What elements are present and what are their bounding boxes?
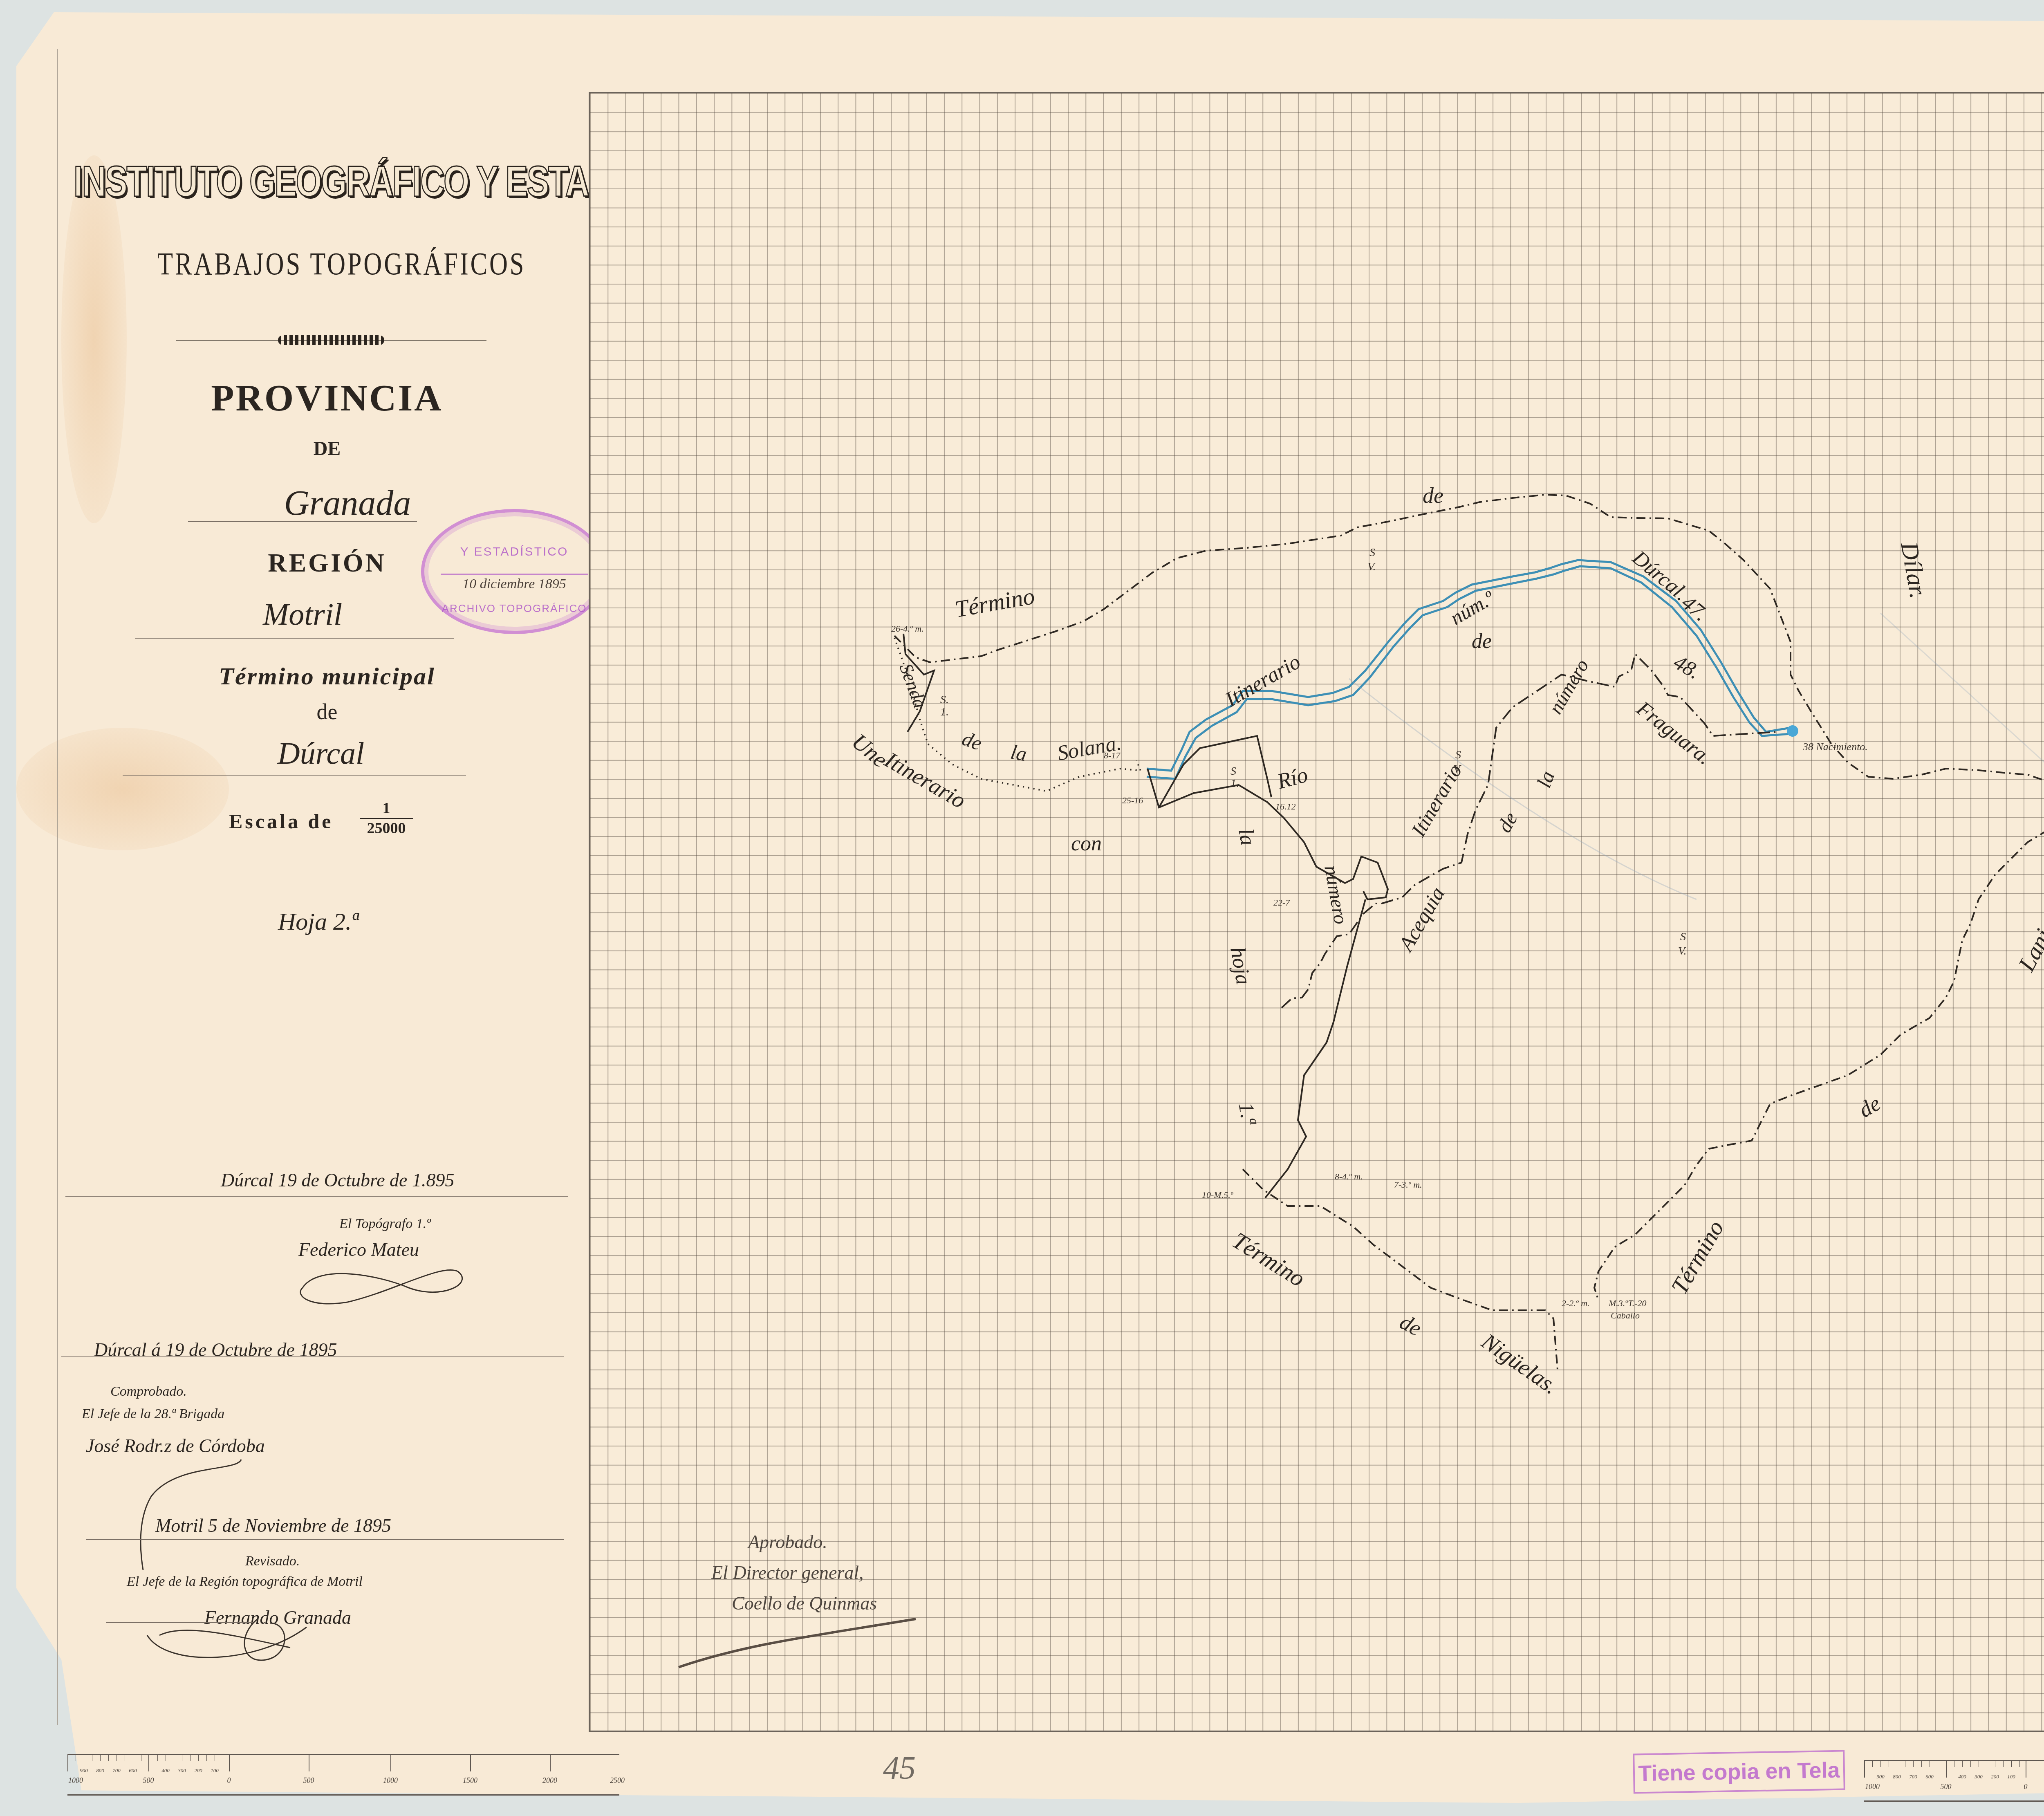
label-con: con <box>1071 832 1102 855</box>
label-8-4m: 8-4.º m. <box>1335 1171 1363 1182</box>
scale-tick-label: 1000 <box>68 1776 83 1785</box>
label-de-solana: de <box>959 727 985 755</box>
veg-mark: 1. <box>1230 777 1239 790</box>
scale-tick-label: 200 <box>1991 1773 1999 1780</box>
label-numero-58: número <box>1320 864 1351 926</box>
survey-map: Término de Dílar. Lanjarón. de Término T… <box>0 0 2044 1816</box>
scale-bar-right: 900 800 700 600 400 300 200 100 1000 500… <box>1864 1760 2044 1802</box>
scale-tick-label: 500 <box>143 1776 154 1785</box>
veg-mark: 1. <box>940 706 949 718</box>
veg-mark: S <box>1455 749 1461 761</box>
scale-tick-label: 400 <box>1958 1773 1966 1780</box>
scale-tick-label: 2500 <box>610 1776 625 1785</box>
boundary-north <box>894 495 2044 822</box>
label-22-7: 22-7 <box>1273 897 1290 908</box>
itinerary-link-sheet1 <box>1265 899 1365 1198</box>
scale-tick-label: 500 <box>303 1776 314 1785</box>
scale-tick-label: 1000 <box>383 1776 398 1785</box>
scale-tick-label: 600 <box>1925 1773 1934 1780</box>
scale-tick-label: 300 <box>1975 1773 1983 1780</box>
scale-tick-label: 800 <box>1893 1773 1901 1780</box>
scale-tick-label: 700 <box>112 1767 121 1774</box>
pencil-note: 45 <box>883 1750 916 1787</box>
label-de-river: de <box>1472 630 1492 653</box>
label-hoja: hoja <box>1226 945 1255 986</box>
label-de-acequia: de <box>1493 808 1522 836</box>
label-fraguara: Fraguara. <box>1632 697 1716 769</box>
label-caballo: Caballo <box>1611 1310 1640 1321</box>
scale-tick-label: 900 <box>1876 1773 1885 1780</box>
scale-tick-label: 200 <box>194 1767 202 1774</box>
label-7-3m: 7-3.º m. <box>1394 1179 1422 1190</box>
veg-mark: V. <box>1678 945 1687 957</box>
label-de-east: de <box>1854 1091 1885 1122</box>
label-la-hoja: la <box>1234 827 1260 847</box>
label-termino-east: Término <box>1666 1216 1729 1299</box>
label-senda: Senda <box>896 661 931 711</box>
label-dilar: Dílar. <box>1896 540 1932 601</box>
scale-tick-label: 1000 <box>1865 1782 1880 1791</box>
label-niguelas: Nigüelas. <box>1477 1328 1563 1399</box>
label-termino-north: Término <box>953 583 1037 623</box>
scale-tick-label: 400 <box>161 1767 170 1774</box>
scale-tick-label: 100 <box>2007 1773 2015 1780</box>
label-25-16: 25-16 <box>1122 795 1143 805</box>
label-itinerario-une: Itinerario <box>880 747 970 814</box>
label-1a: 1.ª <box>1234 1101 1261 1127</box>
label-48: 48. <box>1670 650 1704 684</box>
itinerary-58 <box>1148 769 1388 899</box>
label-de-south: de <box>1396 1309 1425 1341</box>
scale-tick-label: 700 <box>1909 1773 1917 1780</box>
scale-tick-label: 1500 <box>463 1776 477 1785</box>
label-termino-south: Término <box>1228 1227 1310 1292</box>
veg-mark: S <box>1369 546 1375 559</box>
scale-tick-label: 0 <box>227 1776 231 1785</box>
label-numero-48: número <box>1545 656 1593 718</box>
label-10-m5: 10-M.5.º <box>1202 1190 1234 1200</box>
scale-tick-label: 800 <box>96 1767 104 1774</box>
label-nacimiento: 38 Nacimiento. <box>1802 741 1868 753</box>
scale-bar-left: 900 800 700 600 400 300 200 100 1000 500… <box>67 1754 619 1796</box>
label-26-4m: 26-4.º m. <box>891 623 924 634</box>
label-acequia: Acequia <box>1394 883 1450 956</box>
veg-mark: V. <box>1453 763 1462 776</box>
veg-mark: S <box>1230 765 1236 778</box>
label-lanjaron: Lanjarón. <box>2013 880 2044 976</box>
scale-tick-label: 0 <box>2024 1782 2028 1791</box>
label-m3t-20: M.3.ºT.-20 <box>1608 1298 1647 1308</box>
veg-mark: S. <box>940 693 949 706</box>
spring-nacimiento-icon <box>1787 725 1798 737</box>
label-de-north: de <box>1423 483 1443 508</box>
scale-tick-label: 500 <box>1941 1782 1952 1791</box>
scale-tick-label: 600 <box>129 1767 137 1774</box>
label-8-17: 8-17 <box>1104 750 1121 760</box>
label-la-acequia: la <box>1532 768 1559 791</box>
label-rio: Río <box>1274 762 1311 794</box>
scale-tick-label: 900 <box>80 1767 88 1774</box>
scale-tick-label: 2000 <box>542 1776 557 1785</box>
veg-mark: S <box>1680 930 1686 943</box>
label-la-solana: la <box>1009 740 1029 766</box>
veg-mark: V. <box>1367 560 1376 573</box>
copy-stamp: Tiene copia en Tela <box>1633 1750 1845 1794</box>
scale-tick-label: 300 <box>178 1767 186 1774</box>
scale-tick-label: 100 <box>211 1767 219 1774</box>
label-16-12: 16.12 <box>1275 801 1296 812</box>
path-senda-solana <box>894 638 1141 791</box>
label-2-2m: 2-2.º m. <box>1562 1298 1590 1308</box>
acequia-fraguara <box>1282 654 1778 1008</box>
